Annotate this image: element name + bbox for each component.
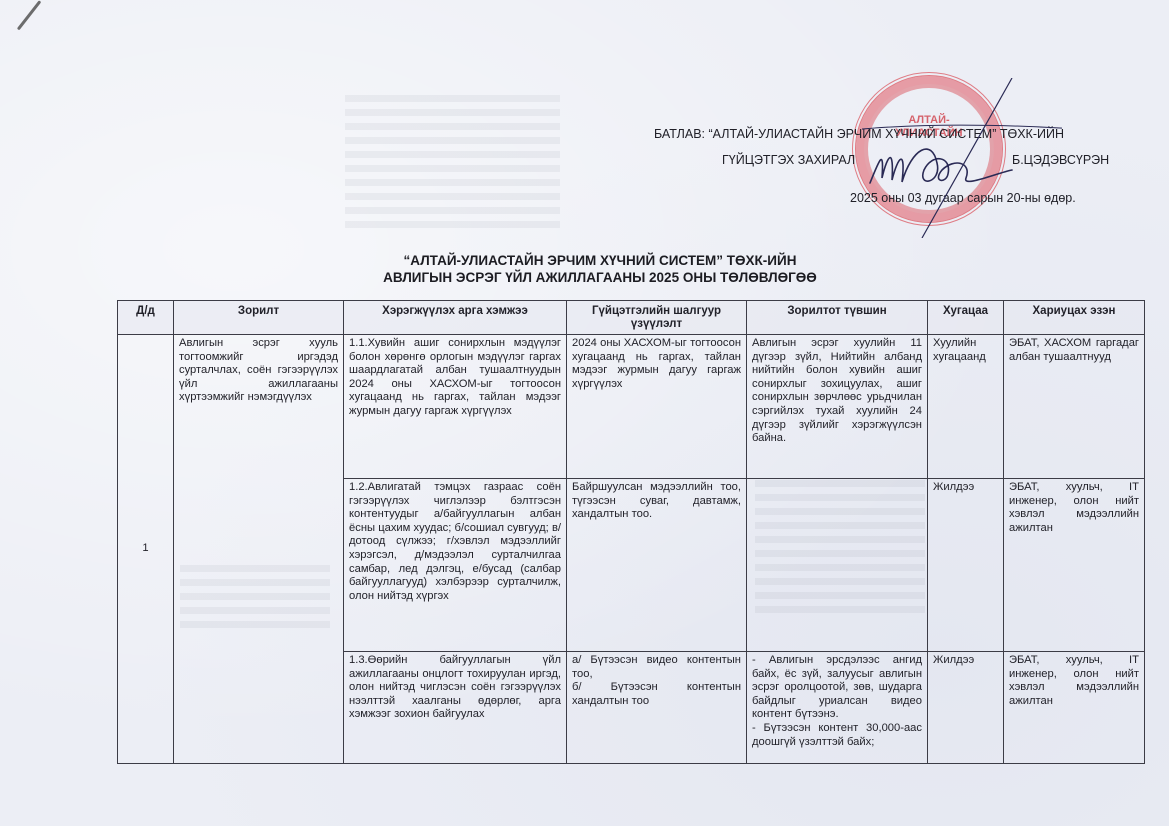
action-cell: 1.2.Авлигатай тэмцэх газраас соён гэгээр… bbox=[344, 479, 567, 652]
document-title: “АЛТАЙ-УЛИАСТАЙН ЭРЧИМ ХҮЧНИЙ СИСТЕМ” ТӨ… bbox=[300, 252, 900, 286]
action-cell: 1.3.Өөрийн байгууллагын үйл ажиллагааны … bbox=[344, 652, 567, 764]
approver-name: Б.ЦЭДЭВСҮРЭН bbox=[1012, 154, 1109, 167]
indicator-cell: 2024 оны ХАСХОМ-ыг тогтоосон хугацаанд н… bbox=[567, 335, 747, 479]
approval-date: 2025 оны 03 дугаар сарын 20-ны өдөр. bbox=[850, 192, 1076, 205]
table-header-row: Д/д Зорилт Хэрэгжүүлэх арга хэмжээ Гүйцэ… bbox=[118, 301, 1145, 335]
action-cell: 1.1.Хувийн ашиг сонирхлын мэдүүлэг болон… bbox=[344, 335, 567, 479]
responsible-cell: ЭБАТ, хуульч, IT инженер, олон нийт хэвл… bbox=[1004, 479, 1145, 652]
deadline-cell: Жилдээ bbox=[928, 652, 1004, 764]
row-number: 1 bbox=[118, 335, 174, 764]
indicator-cell: а/ Бүтээсэн видео контентын тоо, б/ Бүтэ… bbox=[567, 652, 747, 764]
header-objective: Зорилт bbox=[174, 301, 344, 335]
header-action: Хэрэгжүүлэх арга хэмжээ bbox=[344, 301, 567, 335]
header-number: Д/д bbox=[118, 301, 174, 335]
target-cell bbox=[747, 479, 928, 652]
objective-cell: Авлигын эсрэг хууль тогтоомжийг иргэдэд … bbox=[174, 335, 344, 764]
approval-heading: БАТЛАВ: “АЛТАЙ-УЛИАСТАЙН ЭРЧИМ ХҮЧНИЙ СИ… bbox=[654, 128, 1064, 141]
approver-position: ГҮЙЦЭТГЭХ ЗАХИРАЛ bbox=[722, 154, 855, 167]
header-indicator: Гүйцэтгэлийн шалгуур үзүүлэлт bbox=[567, 301, 747, 335]
plan-table: Д/д Зорилт Хэрэгжүүлэх арга хэмжээ Гүйцэ… bbox=[117, 300, 1145, 764]
target-cell: - Авлигын эрсдэлээс ангид байх, ёс зүй, … bbox=[747, 652, 928, 764]
target-cell: Авлигын эсрэг хуулийн 11 дүгээр зүйл, Ни… bbox=[747, 335, 928, 479]
title-line-1: “АЛТАЙ-УЛИАСТАЙН ЭРЧИМ ХҮЧНИЙ СИСТЕМ” ТӨ… bbox=[300, 252, 900, 269]
title-line-2: АВЛИГЫН ЭСРЭГ ҮЙЛ АЖИЛЛАГААНЫ 2025 ОНЫ Т… bbox=[300, 269, 900, 286]
header-deadline: Хугацаа bbox=[928, 301, 1004, 335]
deadline-cell: Жилдээ bbox=[928, 479, 1004, 652]
deadline-cell: Хуулийн хугацаанд bbox=[928, 335, 1004, 479]
responsible-cell: ЭБАТ, хуульч, IT инженер, олон нийт хэвл… bbox=[1004, 652, 1145, 764]
header-responsible: Хариуцах эзэн bbox=[1004, 301, 1145, 335]
header-target: Зорилтот түвшин bbox=[747, 301, 928, 335]
table-row: 1 Авлигын эсрэг хууль тогтоомжийг иргэдэ… bbox=[118, 335, 1145, 479]
indicator-cell: Байршуулсан мэдээллийн тоо, түгээсэн сув… bbox=[567, 479, 747, 652]
responsible-cell: ЭБАТ, ХАСХОМ гаргадаг албан тушаалтнууд bbox=[1004, 335, 1145, 479]
